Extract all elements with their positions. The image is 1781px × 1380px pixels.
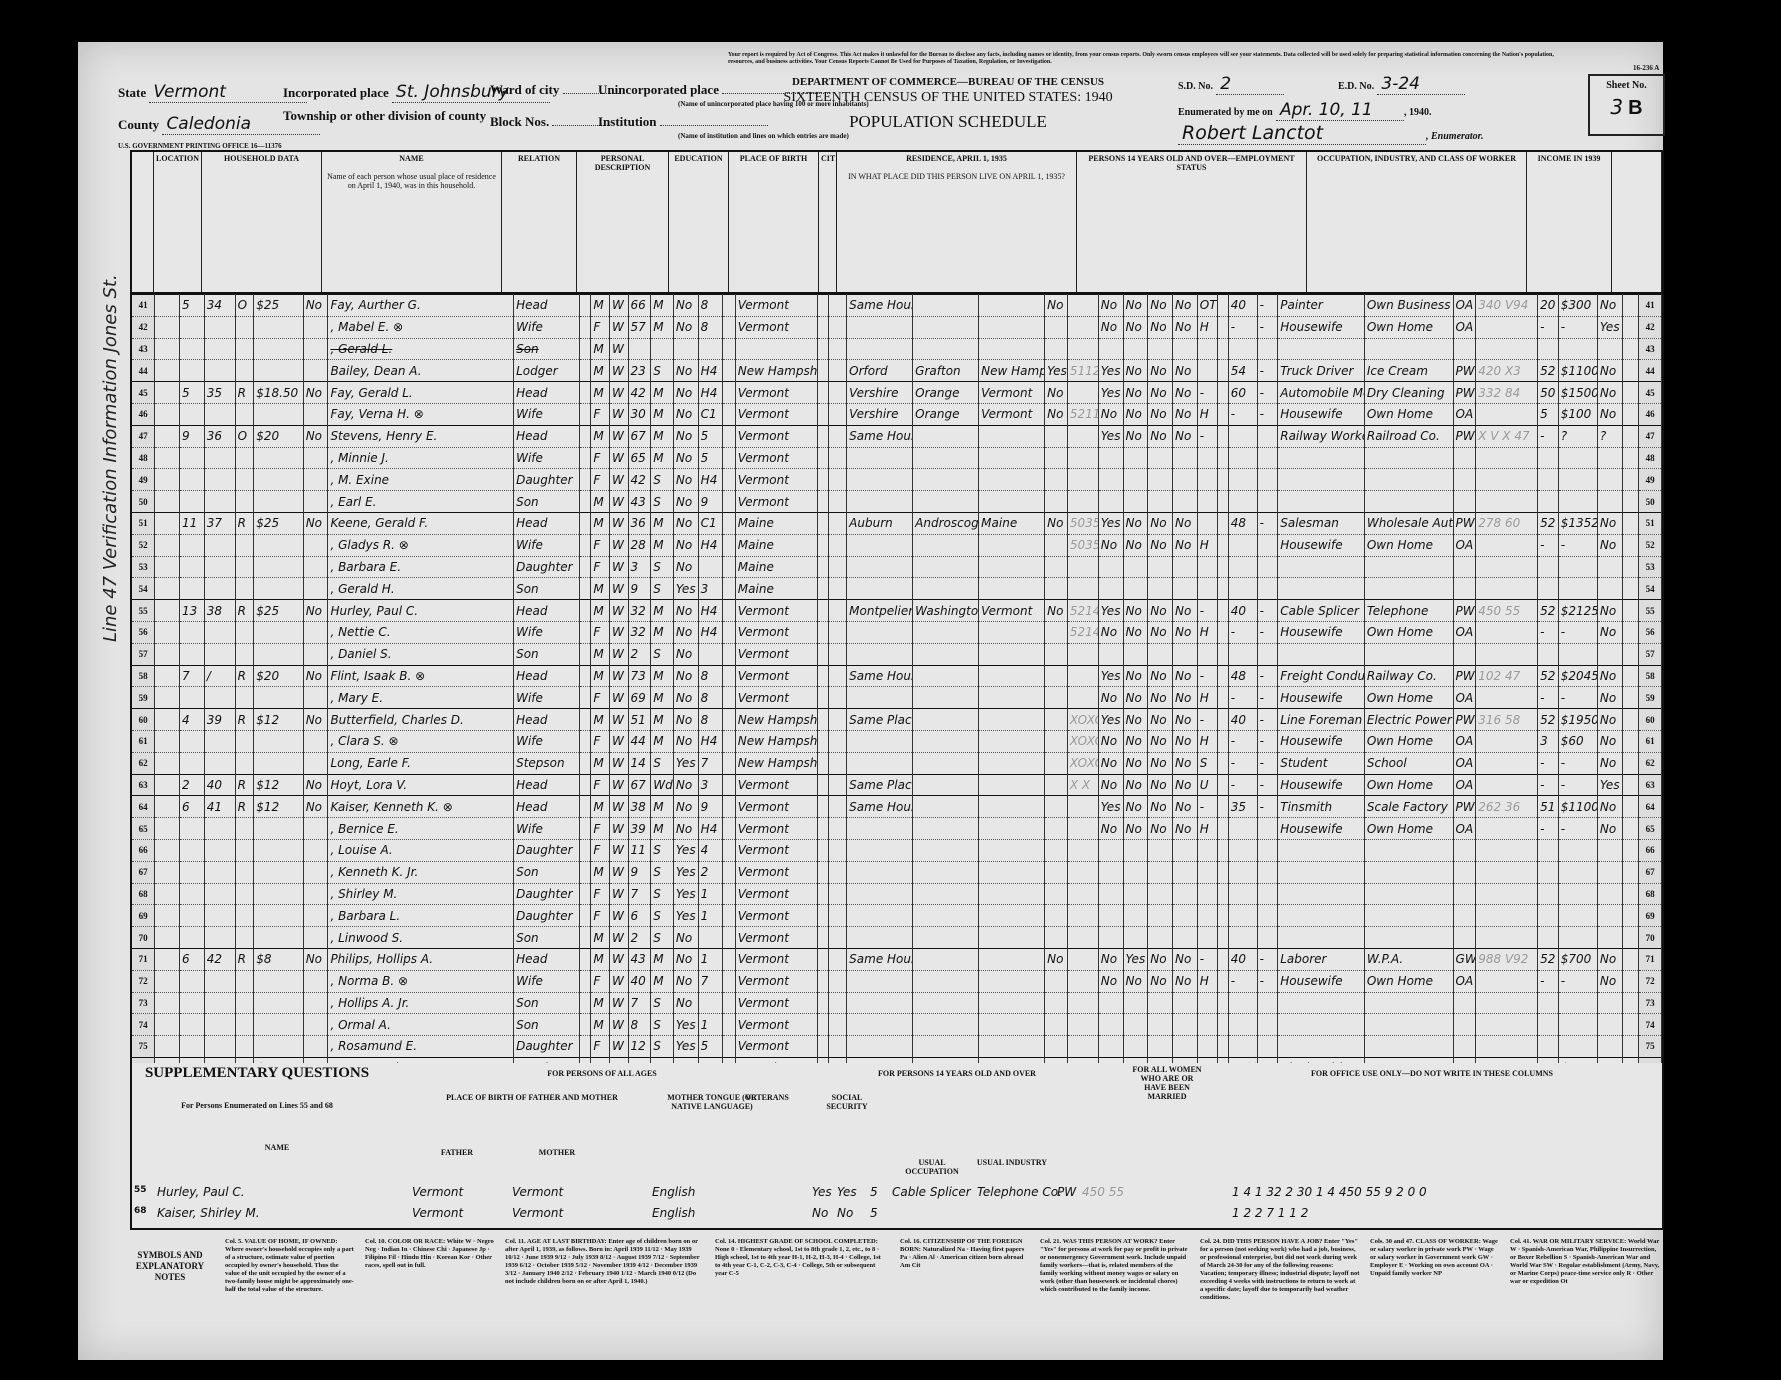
cell-school: No [673, 687, 698, 709]
cell-res-county [913, 295, 979, 317]
cell-code-c [818, 752, 828, 774]
cell-code-f [1476, 883, 1538, 905]
cell-res-state [979, 883, 1045, 905]
cell-class [1453, 578, 1476, 600]
cell-c25: H [1197, 534, 1218, 556]
cell-code-f: 316 58 [1476, 709, 1538, 731]
cell-class [1453, 556, 1476, 578]
cell-marital: M [651, 447, 674, 469]
cell-res-state [979, 730, 1045, 752]
cell-c27 [1257, 643, 1278, 665]
cell-res-county [913, 316, 979, 338]
cell-grade: 1 [698, 883, 723, 905]
cell-class: OA [1453, 818, 1476, 840]
cell-c24: No [1173, 818, 1198, 840]
cell-farm [303, 338, 328, 360]
cell-res-farm [1045, 534, 1068, 556]
cell-school: No [673, 730, 698, 752]
cell-res-city: Same House [847, 796, 913, 818]
cell-marital: S [651, 927, 674, 949]
cell-occupation: Housewife [1278, 534, 1365, 556]
cell-line: 64 [1639, 796, 1662, 818]
cell-other-income: Yes [1597, 774, 1622, 796]
cell-code-b [723, 316, 735, 338]
cell-age: 36 [628, 512, 651, 534]
cell-c21: No [1098, 774, 1123, 796]
cell-street [155, 948, 180, 970]
cell-tenure [235, 818, 254, 840]
cell-code-c [818, 578, 828, 600]
block-field: Block Nos. [490, 114, 610, 130]
cell-res-county [913, 905, 979, 927]
cell-value: $18.50 [254, 382, 304, 404]
cell-citizenship [828, 621, 847, 643]
cell-code-d [1067, 447, 1098, 469]
cell-school: Yes [673, 752, 698, 774]
cell-citizenship [828, 600, 847, 622]
cell-line: 46 [1639, 403, 1662, 425]
cell-res-state [979, 578, 1045, 600]
cell-res-city: Same Place [847, 709, 913, 731]
cell-code-e [1218, 905, 1228, 927]
cell-industry [1364, 992, 1453, 1014]
cell-farm [303, 1036, 328, 1058]
cell-race: W [609, 839, 628, 861]
cell-sex: M [591, 360, 610, 382]
cell-code-f [1476, 839, 1538, 861]
cell-tenure: R [235, 512, 254, 534]
table-row: 67, Kenneth K. Jr.SonMW9SYes2Vermont67 [132, 861, 1662, 883]
cell-dwelling [204, 578, 235, 600]
cell-school: No [673, 709, 698, 731]
cell-citizenship [828, 295, 847, 317]
cell-code-c [818, 774, 828, 796]
cell-sex: F [591, 403, 610, 425]
cell-dwelling [204, 534, 235, 556]
cell-school: No [673, 556, 698, 578]
cell-code-d: XOXO [1067, 752, 1098, 774]
cell-citizenship [828, 818, 847, 840]
cell-age: 32 [628, 600, 651, 622]
cell-industry [1364, 1036, 1453, 1058]
cell-res-city [847, 1036, 913, 1058]
cell-citizenship [828, 425, 847, 447]
cell-res-state [979, 621, 1045, 643]
cell-relation: Daughter [514, 469, 580, 491]
cell-relation: Head [514, 512, 580, 534]
ed-value: 3-24 [1377, 74, 1465, 95]
cell-marital: S [651, 1014, 674, 1036]
cell-c23 [1148, 556, 1173, 578]
cell-weeks: - [1538, 752, 1559, 774]
cell-name: Fay, Verna H. ⊗ [328, 403, 514, 425]
cell-birthplace: Vermont [735, 469, 818, 491]
cell-age: 9 [628, 861, 651, 883]
cell-res-farm: No [1045, 948, 1068, 970]
cell-c27: - [1257, 774, 1278, 796]
cell-tenure: R [235, 796, 254, 818]
cell-other-income [1597, 578, 1622, 600]
cell-tenure [235, 621, 254, 643]
cell-school: No [673, 382, 698, 404]
cell-res-city [847, 578, 913, 600]
cell-code-b [723, 512, 735, 534]
cell-farm [303, 534, 328, 556]
cell-farm [303, 861, 328, 883]
cell-res-city [847, 752, 913, 774]
cell-code-c [818, 1036, 828, 1058]
cell-c26: - [1228, 730, 1257, 752]
cell-birthplace: Maine [735, 512, 818, 534]
cell-c22 [1123, 1036, 1148, 1058]
cell-sex: M [591, 295, 610, 317]
cell-code-f: 102 47 [1476, 665, 1538, 687]
cell-res-city [847, 469, 913, 491]
cell-code-d [1067, 1036, 1098, 1058]
cell-c24 [1173, 447, 1198, 469]
cell-name: , Mary E. [328, 687, 514, 709]
cell-grade: H4 [698, 382, 723, 404]
cell-code-f [1476, 730, 1538, 752]
cell-tenure [235, 447, 254, 469]
cell-farm [303, 752, 328, 774]
cell-code-d [1067, 1014, 1098, 1036]
cell-dwelling: 36 [204, 425, 235, 447]
cell-code-e [1218, 534, 1228, 556]
cell-industry [1364, 469, 1453, 491]
cell-industry [1364, 861, 1453, 883]
cell-line: 70 [1639, 927, 1662, 949]
cell-code-e [1218, 861, 1228, 883]
cell-name: , Minnie J. [328, 447, 514, 469]
cell-dwelling [204, 1014, 235, 1036]
table-row: 511137R$25NoKeene, Gerald F.HeadMW36MNoC… [132, 512, 1662, 534]
cell-line: 48 [1639, 447, 1662, 469]
cell-code-f: 340 V94 [1476, 295, 1538, 317]
cell-line: 61 [1639, 730, 1662, 752]
cell-tenure [235, 316, 254, 338]
cell-relation: Son [514, 1014, 580, 1036]
cell-weeks: 52 [1538, 600, 1559, 622]
cell-c24 [1173, 839, 1198, 861]
cell-code-b [723, 948, 735, 970]
cell-c23: No [1148, 687, 1173, 709]
cell-marital: S [651, 469, 674, 491]
supplementary-title: SUPPLEMENTARY QUESTIONS [132, 1065, 382, 1081]
cell-res-farm [1045, 447, 1068, 469]
cell-street [155, 578, 180, 600]
cell-grade: C1 [698, 403, 723, 425]
cell-c27: - [1257, 316, 1278, 338]
cell-code-c [818, 818, 828, 840]
table-row: 59, Mary E.WifeFW69MNo8VermontNoNoNoNoH-… [132, 687, 1662, 709]
cell-line: 71 [132, 948, 155, 970]
cell-code-e [1218, 447, 1228, 469]
cell-c26 [1228, 425, 1257, 447]
cell-code-e [1218, 927, 1228, 949]
cell-name: , Nettie C. [328, 621, 514, 643]
cell-farm-sched [1622, 556, 1639, 578]
cell-res-farm [1045, 665, 1068, 687]
cell-res-farm: No [1045, 600, 1068, 622]
cell-code-d [1067, 883, 1098, 905]
cell-wages: - [1558, 970, 1597, 992]
cell-weeks [1538, 1036, 1559, 1058]
cell-age: 42 [628, 469, 651, 491]
cell-res-state [979, 469, 1045, 491]
cell-occupation [1278, 861, 1365, 883]
cell-code-a [580, 1014, 591, 1036]
cell-relation: Son [514, 491, 580, 513]
cell-class: OA [1453, 403, 1476, 425]
cell-sex: F [591, 1036, 610, 1058]
cell-c23: No [1148, 796, 1173, 818]
cell-res-farm [1045, 905, 1068, 927]
cell-c24: No [1173, 796, 1198, 818]
cell-code-e [1218, 883, 1228, 905]
cell-code-d [1067, 643, 1098, 665]
cell-weeks [1538, 556, 1559, 578]
cell-grade: C1 [698, 512, 723, 534]
table-row: 56, Nettie C.WifeFW32MNoH4Vermont5214NoN… [132, 621, 1662, 643]
cell-class: OA [1453, 316, 1476, 338]
cell-school: No [673, 469, 698, 491]
enumerated-field: Enumerated by me on Apr. 10, 11, 1940. [1178, 100, 1431, 121]
cell-res-city [847, 992, 913, 1014]
cell-c27: - [1257, 360, 1278, 382]
cell-line: 60 [132, 709, 155, 731]
cell-line: 68 [1639, 883, 1662, 905]
cell-street [155, 752, 180, 774]
cell-class: OA [1453, 774, 1476, 796]
cell-race: W [609, 621, 628, 643]
cell-grade [698, 992, 723, 1014]
cell-c25 [1197, 905, 1218, 927]
cell-age: 57 [628, 316, 651, 338]
cell-code-a [580, 992, 591, 1014]
cell-code-f [1476, 774, 1538, 796]
cell-dwelling: 34 [204, 295, 235, 317]
cell-tenure [235, 752, 254, 774]
cell-code-a [580, 621, 591, 643]
cell-weeks: 20 [1538, 295, 1559, 317]
cell-birthplace: Vermont [735, 600, 818, 622]
cell-code-c [818, 295, 828, 317]
table-row: 551338R$25NoHurley, Paul C.HeadMW32MNoH4… [132, 600, 1662, 622]
cell-c21: No [1098, 687, 1123, 709]
cell-marital: S [651, 992, 674, 1014]
cell-wages: - [1558, 752, 1597, 774]
cell-name: , Earl E. [328, 491, 514, 513]
cell-res-city [847, 905, 913, 927]
cell-code-f [1476, 643, 1538, 665]
cell-code-c [818, 730, 828, 752]
cell-age: 8 [628, 1014, 651, 1036]
cell-tenure: R [235, 709, 254, 731]
cell-res-farm [1045, 469, 1068, 491]
cell-name: Fay, Gerald L. [328, 382, 514, 404]
cell-c26: 48 [1228, 512, 1257, 534]
cell-age: 73 [628, 665, 651, 687]
cell-farm [303, 818, 328, 840]
cell-code-d [1067, 425, 1098, 447]
cell-marital: S [651, 883, 674, 905]
cell-relation: Son [514, 927, 580, 949]
cell-occupation [1278, 1014, 1365, 1036]
cell-c25 [1197, 839, 1218, 861]
cell-birthplace: New Hampshire [735, 752, 818, 774]
cell-tenure [235, 643, 254, 665]
cell-farm: No [303, 948, 328, 970]
cell-class: PW [1453, 360, 1476, 382]
cell-occupation: Housewife [1278, 403, 1365, 425]
cell-res-county [913, 796, 979, 818]
cell-name: , Gerald H. [328, 578, 514, 600]
cell-house [179, 403, 204, 425]
cell-birthplace: Vermont [735, 687, 818, 709]
cell-code-a [580, 403, 591, 425]
cell-house: 9 [179, 425, 204, 447]
cell-dwelling [204, 338, 235, 360]
cell-c27: - [1257, 665, 1278, 687]
cell-farm-sched [1622, 839, 1639, 861]
cell-farm [303, 905, 328, 927]
cell-tenure [235, 360, 254, 382]
cell-code-c [818, 970, 828, 992]
cell-code-b [723, 774, 735, 796]
explanatory-notes: SYMBOLS AND EXPLANATORY NOTES Col. 5. VA… [130, 1238, 1660, 1308]
cell-code-e [1218, 796, 1228, 818]
cell-res-state [979, 534, 1045, 556]
cell-c27 [1257, 818, 1278, 840]
cell-name: Hurley, Paul C. [328, 600, 514, 622]
cell-value [254, 861, 304, 883]
cell-grade: 7 [698, 970, 723, 992]
cell-street [155, 927, 180, 949]
cell-farm [303, 970, 328, 992]
cell-relation: Head [514, 600, 580, 622]
cell-code-e [1218, 730, 1228, 752]
cell-birthplace: Vermont [735, 382, 818, 404]
cell-marital: S [651, 643, 674, 665]
cell-code-b [723, 796, 735, 818]
cell-age: 51 [628, 709, 651, 731]
cell-code-e [1218, 752, 1228, 774]
form-code: 16-236 A [1633, 64, 1659, 72]
cell-class: OA [1453, 295, 1476, 317]
cell-relation: Head [514, 774, 580, 796]
cell-value [254, 316, 304, 338]
cell-class [1453, 992, 1476, 1014]
cell-sex: F [591, 316, 610, 338]
cell-sex: M [591, 382, 610, 404]
cell-c26: 40 [1228, 295, 1257, 317]
cell-c22 [1123, 447, 1148, 469]
cell-c26: 40 [1228, 948, 1257, 970]
cell-value [254, 491, 304, 513]
cell-farm-sched [1622, 948, 1639, 970]
cell-dwelling: 41 [204, 796, 235, 818]
cell-farm: No [303, 382, 328, 404]
cell-class: OA [1453, 752, 1476, 774]
cell-res-state [979, 709, 1045, 731]
cell-c23: No [1148, 774, 1173, 796]
cell-res-state [979, 970, 1045, 992]
cell-c25: - [1197, 665, 1218, 687]
cell-code-b [723, 905, 735, 927]
cell-marital: M [651, 512, 674, 534]
cell-c27 [1257, 556, 1278, 578]
cell-c24: No [1173, 948, 1198, 970]
cell-relation: Lodger [514, 360, 580, 382]
cell-street [155, 730, 180, 752]
cell-age: 44 [628, 730, 651, 752]
cell-race: W [609, 883, 628, 905]
cell-code-e [1218, 403, 1228, 425]
cell-industry: Own Home [1364, 730, 1453, 752]
cell-occupation: Housewife [1278, 774, 1365, 796]
cell-line: 60 [1639, 709, 1662, 731]
cell-race: W [609, 556, 628, 578]
cell-c25: S [1197, 752, 1218, 774]
cell-c21 [1098, 447, 1123, 469]
cell-res-county [913, 1036, 979, 1058]
cell-name: , Rosamund E. [328, 1036, 514, 1058]
cell-c27 [1257, 338, 1278, 360]
cell-c22: Yes [1123, 948, 1148, 970]
cell-weeks: 52 [1538, 360, 1559, 382]
cell-code-c [818, 447, 828, 469]
cell-street [155, 295, 180, 317]
cell-res-farm [1045, 818, 1068, 840]
enumerator-signature: Robert Lanctot [1178, 122, 1426, 145]
cell-code-f: 450 55 [1476, 600, 1538, 622]
cell-occupation: Line Foreman [1278, 709, 1365, 731]
cell-class: PW [1453, 665, 1476, 687]
cell-citizenship [828, 948, 847, 970]
cell-race: W [609, 687, 628, 709]
cell-sex: F [591, 621, 610, 643]
cell-citizenship [828, 861, 847, 883]
cell-age: 12 [628, 1036, 651, 1058]
cell-wages [1558, 578, 1597, 600]
cell-house [179, 491, 204, 513]
cell-code-e [1218, 556, 1228, 578]
cell-code-f [1476, 621, 1538, 643]
cell-street [155, 382, 180, 404]
cell-res-state [979, 338, 1045, 360]
cell-street [155, 905, 180, 927]
cell-other-income [1597, 447, 1622, 469]
cell-house [179, 883, 204, 905]
cell-school: No [673, 796, 698, 818]
cell-marital: S [651, 839, 674, 861]
cell-street [155, 338, 180, 360]
table-row: 57, Daniel S.SonMW2SNoVermont57 [132, 643, 1662, 665]
cell-age: 30 [628, 403, 651, 425]
cell-res-farm [1045, 861, 1068, 883]
cell-tenure [235, 469, 254, 491]
state-field: State Vermont [118, 82, 307, 103]
cell-code-a [580, 970, 591, 992]
cell-res-state: Vermont [979, 600, 1045, 622]
cell-industry: Railway Co. [1364, 665, 1453, 687]
cell-school: Yes [673, 883, 698, 905]
cell-res-city [847, 338, 913, 360]
cell-industry: Scale Factory [1364, 796, 1453, 818]
cell-code-d [1067, 861, 1098, 883]
cell-marital: M [651, 316, 674, 338]
